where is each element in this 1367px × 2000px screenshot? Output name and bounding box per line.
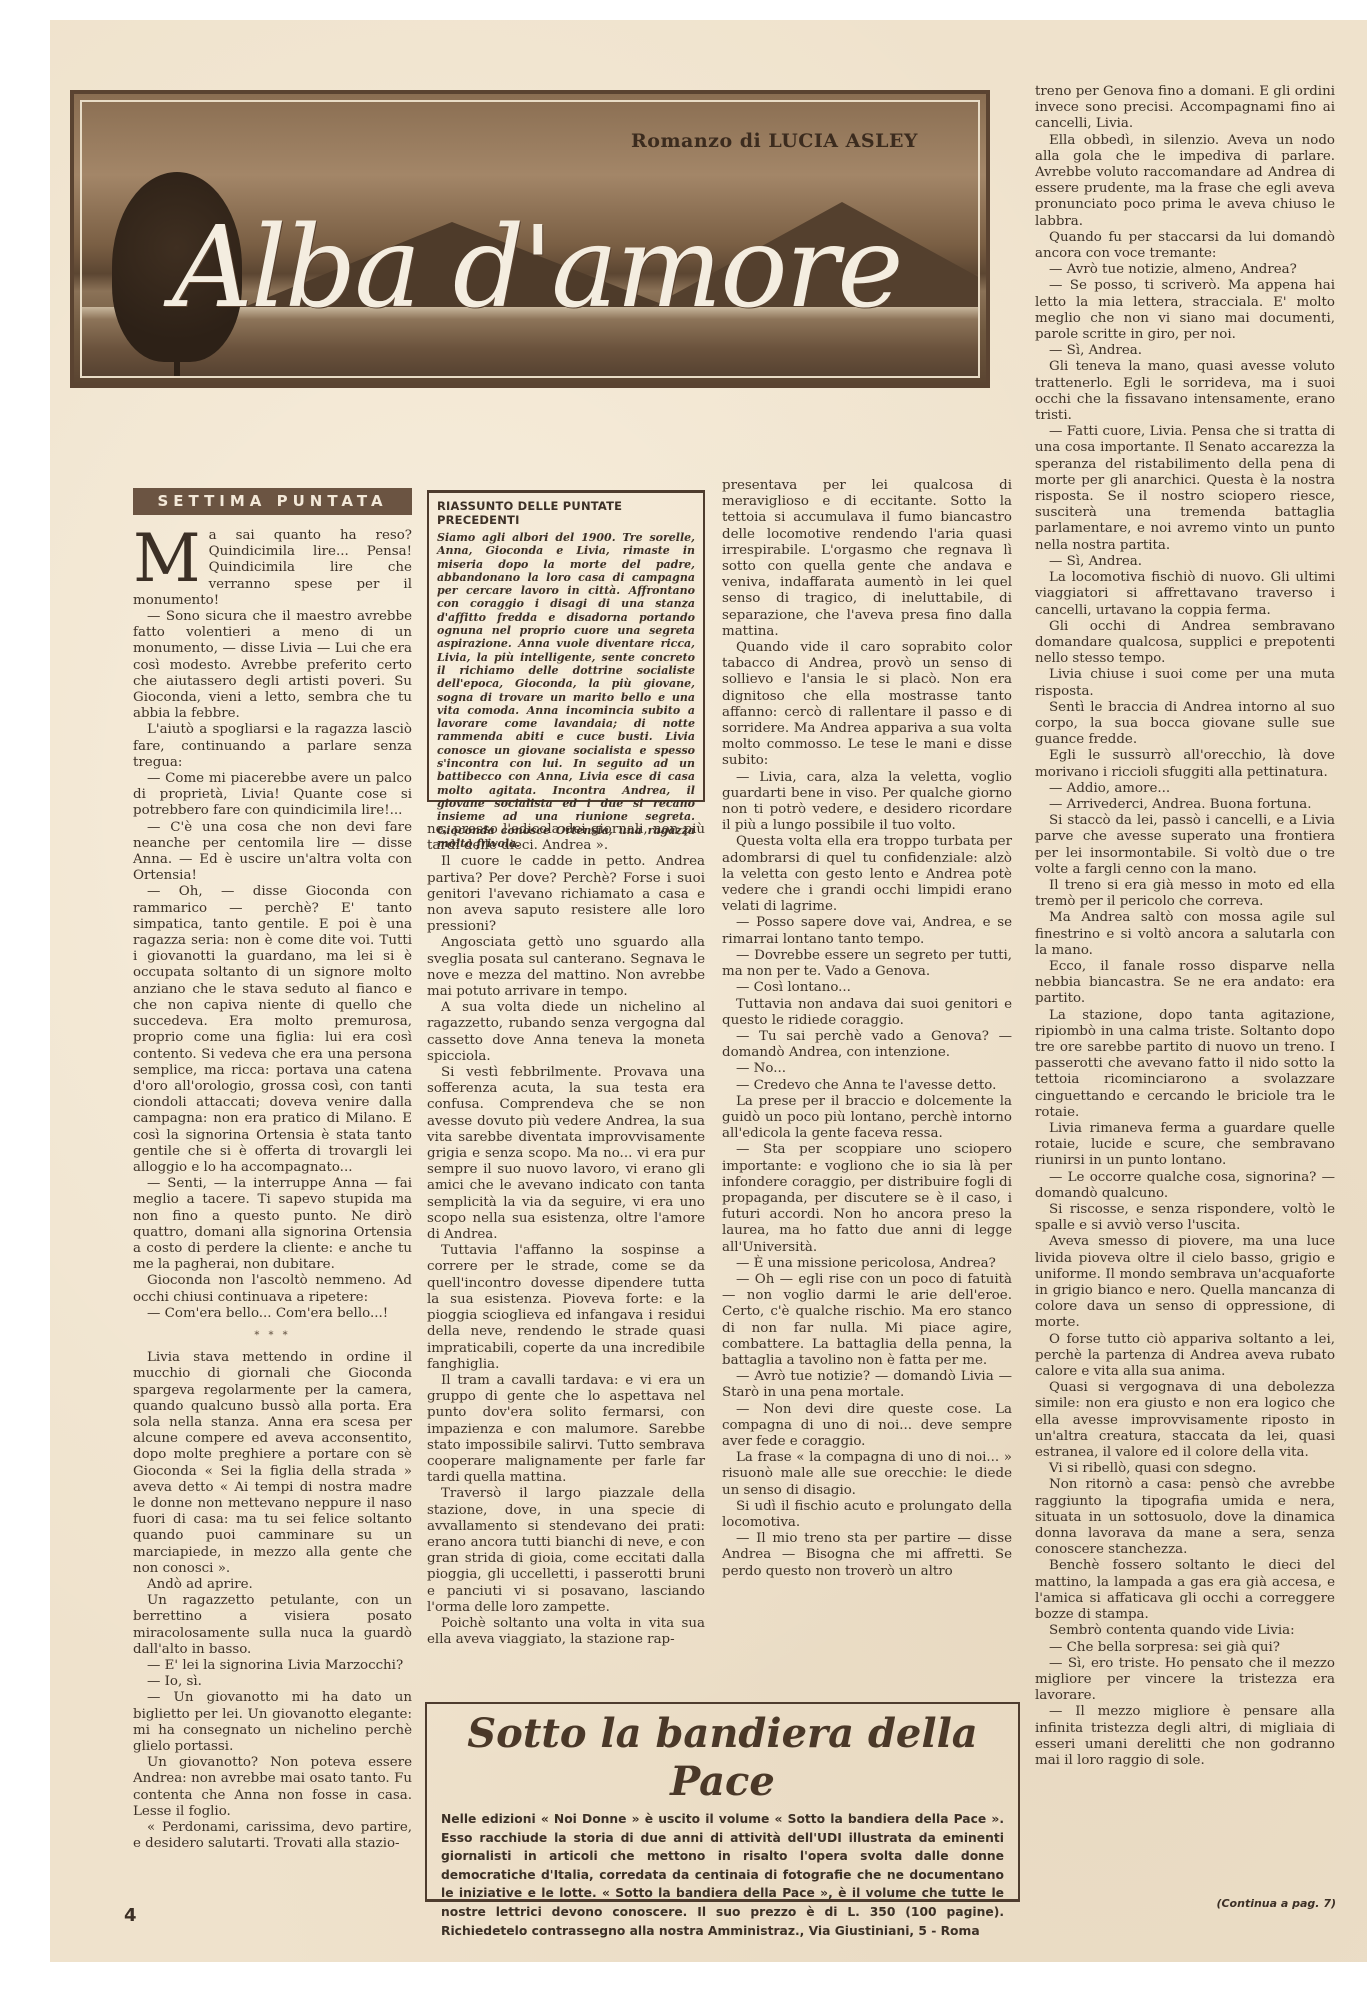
paragraph: — È una missione pericolosa, Andrea? xyxy=(722,1256,1012,1272)
paragraph: — Credevo che Anna te l'avesse detto. xyxy=(722,1078,1012,1094)
paragraph: — Non devi dire queste cose. La compagna… xyxy=(722,1402,1012,1451)
paragraph: Quando vide il caro soprabito color taba… xyxy=(722,640,1012,770)
paragraph: — Oh — egli rise con un poco di fatuità … xyxy=(722,1272,1012,1369)
paragraph: Ella obbedì, in silenzio. Aveva un nodo … xyxy=(1035,133,1335,230)
paragraph: — Com'era bello... Com'era bello...! xyxy=(133,1306,412,1322)
paragraph: — Come mi piacerebbe avere un palco di p… xyxy=(133,771,412,820)
paragraph: L'aiutò a spogliarsi e la ragazza lasciò… xyxy=(133,722,412,771)
paragraph: ne, presso l'edicola dei giornali, non p… xyxy=(427,822,705,854)
paragraph: — Io, sì. xyxy=(133,1674,412,1690)
col1-body-after: Livia stava mettendo in ordine il mucchi… xyxy=(133,1350,412,1852)
paragraph: Tuttavia l'affanno la sospinse a correre… xyxy=(427,1243,705,1373)
column-1: Ma sai quanto ha reso? Quindicimila lire… xyxy=(133,528,412,1852)
paragraph: Si riscosse, e senza rispondere, voltò l… xyxy=(1035,1202,1335,1234)
paragraph: — C'è una cosa che non devi fare neanche… xyxy=(133,820,412,885)
continued-note: (Continua a pag. 7) xyxy=(1060,1897,1336,1910)
paragraph: La locomotiva fischiò di nuovo. Gli ulti… xyxy=(1035,570,1335,619)
paragraph: O forse tutto ciò appariva soltanto a le… xyxy=(1035,1332,1335,1381)
paragraph: Andò ad aprire. xyxy=(133,1577,412,1593)
paragraph: Si vestì febbrilmente. Provava una soffe… xyxy=(427,1065,705,1243)
tree-trunk xyxy=(174,342,180,378)
ad-title: Sotto la bandiera della Pace xyxy=(441,1710,1004,1806)
paragraph: Non ritornò a casa: pensò che avrebbe ra… xyxy=(1035,1477,1335,1558)
paragraph: « Perdonami, carissima, devo partire, e … xyxy=(133,1820,412,1852)
paragraph: — Senti, — la interruppe Anna — fai megl… xyxy=(133,1176,412,1273)
paragraph: A sua volta diede un nichelino al ragazz… xyxy=(427,1000,705,1065)
summary-heading: RIASSUNTO DELLE PUNTATE PRECEDENTI xyxy=(437,499,695,527)
paragraph: — Arrivederci, Andrea. Buona fortuna. xyxy=(1035,797,1335,813)
paragraph: Benchè fossero soltanto le dieci del mat… xyxy=(1035,1558,1335,1623)
paragraph: Livia rimaneva ferma a guardare quelle r… xyxy=(1035,1121,1335,1170)
paragraph: Gli occhi di Andrea sembravano domandare… xyxy=(1035,619,1335,668)
paragraph: Quando fu per staccarsi da lui domandò a… xyxy=(1035,230,1335,262)
paragraph: — Sì, Andrea. xyxy=(1035,343,1335,359)
column-3: presentava per lei qualcosa di meravigli… xyxy=(722,478,1012,1580)
paragraph: Si udì il fischio acuto e prolungato del… xyxy=(722,1499,1012,1531)
paragraph: — Livia, cara, alza la veletta, voglio g… xyxy=(722,770,1012,835)
paragraph: Quasi si vergognava di una debolezza sim… xyxy=(1035,1380,1335,1461)
paragraph: Livia stava mettendo in ordine il mucchi… xyxy=(133,1350,412,1577)
paragraph: — Addio, amore... xyxy=(1035,781,1335,797)
paragraph: Il treno si era già messo in moto ed ell… xyxy=(1035,878,1335,910)
installment-label: SETTIMA PUNTATA xyxy=(133,488,412,515)
paragraph: Gioconda non l'ascoltò nemmeno. Ad occhi… xyxy=(133,1273,412,1305)
paragraph: — Sì, Andrea. xyxy=(1035,554,1335,570)
paragraph: Un giovanotto? Non poteva essere Andrea:… xyxy=(133,1755,412,1820)
page-number: 4 xyxy=(124,1905,137,1926)
paragraph: Il cuore le cadde in petto. Andrea parti… xyxy=(427,854,705,935)
banner-frame: Romanzo di LUCIA ASLEY Alba d'amore xyxy=(80,100,980,378)
paragraph: — Il mezzo migliore è pensare alla infin… xyxy=(1035,1704,1335,1769)
paragraph: Traversò il largo piazzale della stazion… xyxy=(427,1486,705,1616)
paragraph: Vi si ribellò, quasi con sdegno. xyxy=(1035,1461,1335,1477)
paragraph: Sembrò contenta quando vide Livia: xyxy=(1035,1623,1335,1639)
paragraph: Angosciata gettò uno sguardo alla svegli… xyxy=(427,935,705,1000)
title-banner-photo: Romanzo di LUCIA ASLEY Alba d'amore xyxy=(70,90,990,388)
paragraph: Tuttavia non andava dai suoi genitori e … xyxy=(722,997,1012,1029)
paragraph: Poichè soltanto una volta in vita sua el… xyxy=(427,1616,705,1648)
paragraph: Sentì le braccia di Andrea intorno al su… xyxy=(1035,700,1335,749)
paragraph: — Se posso, ti scriverò. Ma appena hai l… xyxy=(1035,278,1335,343)
paragraph: treno per Genova fino a domani. E gli or… xyxy=(1035,84,1335,133)
col1-body: — Sono sicura che il maestro avrebbe fat… xyxy=(133,609,412,1322)
paragraph: Egli le sussurrò all'orecchio, là dove m… xyxy=(1035,748,1335,780)
paragraph: Aveva smesso di piovere, ma una luce liv… xyxy=(1035,1234,1335,1331)
ad-body: Nelle edizioni « Noi Donne » è uscito il… xyxy=(441,1810,1004,1940)
drop-cap: M xyxy=(133,530,201,588)
paragraph: — Il mio treno sta per partire — disse A… xyxy=(722,1531,1012,1580)
paragraph: — Così lontano... xyxy=(722,980,1012,996)
paragraph: Il tram a cavalli tardava: e vi era un g… xyxy=(427,1373,705,1486)
author-byline: Romanzo di LUCIA ASLEY xyxy=(631,130,918,152)
paragraph: — Oh, — disse Gioconda con rammarico — p… xyxy=(133,884,412,1176)
advertisement-box: Sotto la bandiera della Pace Nelle edizi… xyxy=(425,1702,1020,1902)
paragraph: — Avrò tue notizie? — domandò Livia — St… xyxy=(722,1369,1012,1401)
column-4: treno per Genova fino a domani. E gli or… xyxy=(1035,84,1335,1769)
paragraph: — Che bella sorpresa: sei già qui? xyxy=(1035,1640,1335,1656)
paragraph: Livia chiuse i suoi come per una muta ri… xyxy=(1035,667,1335,699)
paragraph: — Le occorre qualche cosa, signorina? — … xyxy=(1035,1170,1335,1202)
paragraph: La frase « la compagna di uno di noi... … xyxy=(722,1450,1012,1499)
paragraph: — Sì, ero triste. Ho pensato che il mezz… xyxy=(1035,1656,1335,1705)
paragraph: Ma Andrea saltò con mossa agile sul fine… xyxy=(1035,910,1335,959)
paragraph: — Sono sicura che il maestro avrebbe fat… xyxy=(133,609,412,722)
paragraph: La prese per il braccio e dolcemente la … xyxy=(722,1094,1012,1143)
paragraph: Ecco, il fanale rosso disparve nella neb… xyxy=(1035,959,1335,1008)
paragraph: — Dovrebbe essere un segreto per tutti, … xyxy=(722,948,1012,980)
column-2: ne, presso l'edicola dei giornali, non p… xyxy=(427,822,705,1648)
paragraph: presentava per lei qualcosa di meravigli… xyxy=(722,478,1012,640)
opening-paragraph: Ma sai quanto ha reso? Quindicimila lire… xyxy=(133,528,412,609)
paragraph: — Sta per scoppiare uno sciopero importa… xyxy=(722,1142,1012,1255)
paragraph: Gli teneva la mano, quasi avesse voluto … xyxy=(1035,359,1335,424)
paragraph: — No... xyxy=(722,1061,1012,1077)
paragraph: — Un giovanotto mi ha dato un biglietto … xyxy=(133,1690,412,1755)
paragraph: — Posso sapere dove vai, Andrea, e se ri… xyxy=(722,915,1012,947)
summary-box: RIASSUNTO DELLE PUNTATE PRECEDENTI Siamo… xyxy=(427,490,705,802)
summary-text: Siamo agli albori del 1900. Tre sorelle,… xyxy=(437,531,695,850)
paragraph: Questa volta ella era troppo turbata per… xyxy=(722,834,1012,915)
paragraph: — E' lei la signorina Livia Marzocchi? xyxy=(133,1658,412,1674)
paragraph: Si staccò da lei, passò i cancelli, e a … xyxy=(1035,813,1335,878)
paragraph: — Avrò tue notizie, almeno, Andrea? xyxy=(1035,262,1335,278)
story-title: Alba d'amore xyxy=(172,212,901,324)
paragraph: — Fatti cuore, Livia. Pensa che si tratt… xyxy=(1035,424,1335,554)
paragraph: La stazione, dopo tanta agitazione, ripi… xyxy=(1035,1008,1335,1121)
paragraph: — Tu sai perchè vado a Genova? — domandò… xyxy=(722,1029,1012,1061)
paragraph: Un ragazzetto petulante, con un berretti… xyxy=(133,1593,412,1658)
section-separator: * * * xyxy=(133,1328,412,1344)
